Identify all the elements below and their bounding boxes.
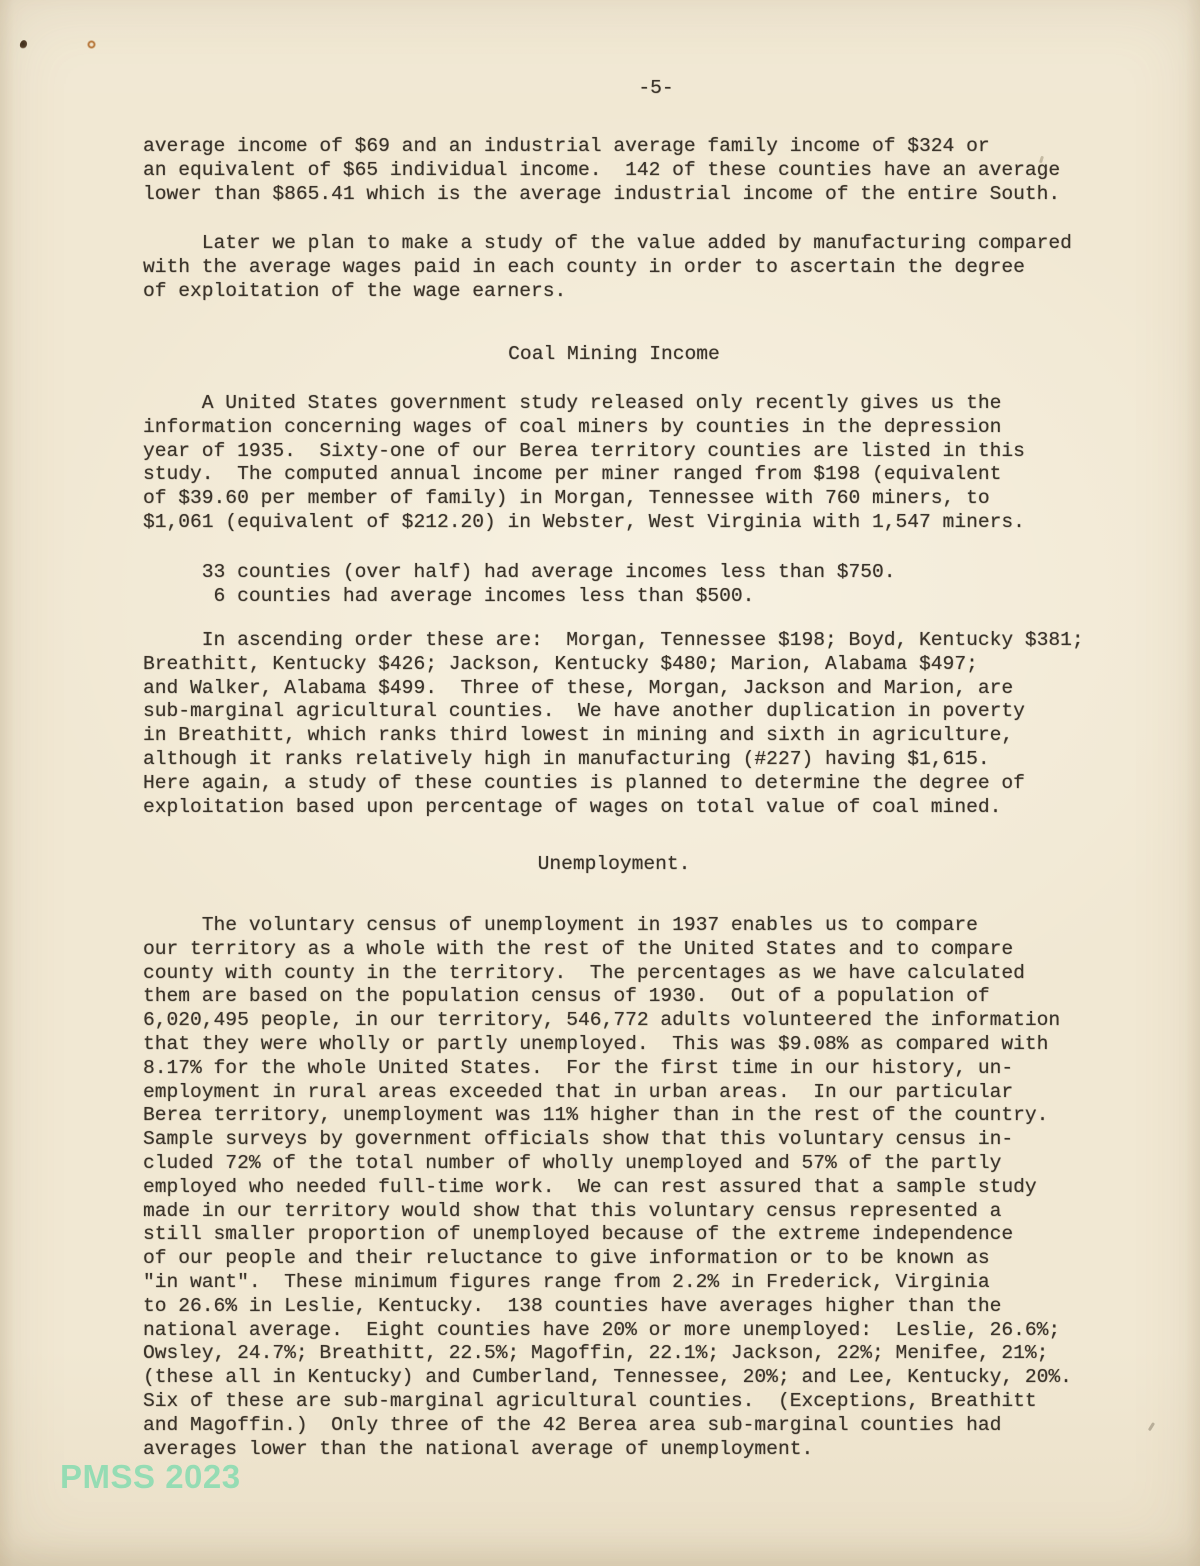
unemployment-heading: Unemployment. xyxy=(143,853,1085,877)
unemployment-paragraph: The voluntary census of unemployment in … xyxy=(143,914,1085,1461)
coal-study-paragraph: A United States government study release… xyxy=(143,392,1085,535)
pmss-watermark: PMSS 2023 xyxy=(60,1458,241,1496)
coal-stats-list: 33 counties (over half) had average inco… xyxy=(143,561,1085,609)
page-number: -5- xyxy=(143,77,1127,101)
coal-ranking-paragraph: In ascending order these are: Morgan, Te… xyxy=(143,629,1085,819)
ink-speck-icon xyxy=(19,39,29,50)
scanned-document-page: -5- average income of $69 and an industr… xyxy=(0,0,1200,1566)
scratch-mark-icon xyxy=(1148,1422,1155,1431)
coal-mining-income-heading: Coal Mining Income xyxy=(143,343,1085,367)
rust-speck-icon xyxy=(87,40,96,49)
intro-paragraph: average income of $69 and an industrial … xyxy=(143,135,1085,206)
plan-paragraph: Later we plan to make a study of the val… xyxy=(143,232,1085,303)
